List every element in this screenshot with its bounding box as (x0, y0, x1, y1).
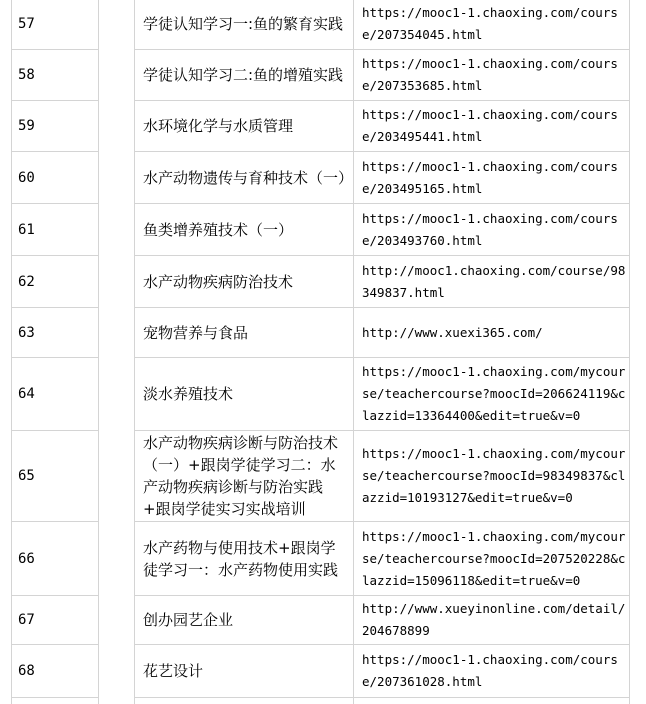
row-number: 57 (18, 16, 98, 32)
row-number: 66 (18, 551, 98, 567)
table-row: 59 水环境化学与水质管理 https://mooc1-1.chaoxing.c… (11, 101, 630, 152)
table-row: 64 淡水养殖技术 https://mooc1-1.chaoxing.com/m… (11, 358, 630, 431)
row-number-cell: 60 (11, 152, 98, 204)
course-name-cell: 鱼类增养殖技术（一） (135, 204, 353, 256)
course-name: 学徒认知学习二:鱼的增殖实践 (143, 64, 349, 86)
row-number-cell: 67 (11, 596, 98, 645)
row-number: 65 (18, 468, 98, 484)
course-url-cell: https://mooc1-1.chaoxing.com/mycourse/te… (353, 358, 630, 431)
table-row: 65 水产动物疾病诊断与防治技术（一）+跟岗学徒学习二：水产动物疾病诊断与防治实… (11, 431, 630, 522)
spacer-cell (98, 256, 135, 308)
spacer-cell (98, 204, 135, 256)
row-number: 58 (18, 67, 98, 83)
course-name-cell: 花艺设计 (135, 645, 353, 698)
course-name: 水产动物疾病诊断与防治技术（一）+跟岗学徒学习二：水产动物疾病诊断与防治实践+跟… (143, 432, 349, 520)
row-number-cell: 59 (11, 101, 98, 152)
table-row: 63 宠物营养与食品 http://www.xuexi365.com/ (11, 308, 630, 358)
course-url-cell: http://www.xuexi365.com/ (353, 308, 630, 358)
course-name: 学徒认知学习一:鱼的繁育实践 (143, 13, 349, 35)
course-name-cell: 创办园艺企业 (135, 596, 353, 645)
table-row: 57 学徒认知学习一:鱼的繁育实践 https://mooc1-1.chaoxi… (11, 0, 630, 50)
row-number-cell: 65 (11, 431, 98, 522)
table-row: 58 学徒认知学习二:鱼的增殖实践 https://mooc1-1.chaoxi… (11, 50, 630, 101)
row-number-cell: 58 (11, 50, 98, 101)
course-name-cell (135, 698, 353, 704)
course-name: 花艺设计 (143, 660, 349, 682)
course-name: 创办园艺企业 (143, 609, 349, 631)
table-row-clipped (11, 698, 630, 704)
course-url-cell: https://mooc1-1.chaoxing.com/course/2073… (353, 645, 630, 698)
course-name: 水产药物与使用技术+跟岗学徒学习一：水产药物使用实践 (143, 537, 349, 581)
course-url-cell: https://mooc1-1.chaoxing.com/course/2034… (353, 152, 630, 204)
course-name-cell: 水产药物与使用技术+跟岗学徒学习一：水产药物使用实践 (135, 522, 353, 596)
course-url: https://mooc1-1.chaoxing.com/mycourse/te… (362, 526, 627, 592)
course-url: https://mooc1-1.chaoxing.com/course/2073… (362, 649, 627, 693)
row-number: 61 (18, 222, 98, 238)
spacer-cell (98, 0, 135, 50)
spacer-cell (98, 698, 135, 704)
course-name: 鱼类增养殖技术（一） (143, 219, 349, 241)
spacer-cell (98, 596, 135, 645)
course-url-cell: https://mooc1-1.chaoxing.com/course/2073… (353, 50, 630, 101)
course-url-cell: https://mooc1-1.chaoxing.com/course/2073… (353, 0, 630, 50)
row-number-cell: 61 (11, 204, 98, 256)
spacer-cell (98, 358, 135, 431)
course-url: http://www.xuexi365.com/ (362, 322, 627, 344)
row-number-cell (11, 698, 98, 704)
row-number: 64 (18, 386, 98, 402)
row-number-cell: 68 (11, 645, 98, 698)
course-name-cell: 淡水养殖技术 (135, 358, 353, 431)
row-number: 62 (18, 274, 98, 290)
course-url: https://mooc1-1.chaoxing.com/course/2034… (362, 104, 627, 148)
course-url: https://mooc1-1.chaoxing.com/course/2034… (362, 208, 627, 252)
table-row: 61 鱼类增养殖技术（一） https://mooc1-1.chaoxing.c… (11, 204, 630, 256)
course-url: https://mooc1-1.chaoxing.com/course/2073… (362, 53, 627, 97)
row-number: 68 (18, 663, 98, 679)
course-name-cell: 水产动物遗传与育种技术（一） (135, 152, 353, 204)
course-name-cell: 学徒认知学习一:鱼的繁育实践 (135, 0, 353, 50)
course-url: https://mooc1-1.chaoxing.com/course/2034… (362, 156, 627, 200)
course-url-cell (353, 698, 630, 704)
table-row: 62 水产动物疾病防治技术 http://mooc1.chaoxing.com/… (11, 256, 630, 308)
course-url-cell: http://mooc1.chaoxing.com/course/9834983… (353, 256, 630, 308)
course-name-cell: 水环境化学与水质管理 (135, 101, 353, 152)
course-url: https://mooc1-1.chaoxing.com/mycourse/te… (362, 443, 627, 509)
course-name-cell: 宠物营养与食品 (135, 308, 353, 358)
course-url-cell: https://mooc1-1.chaoxing.com/course/2034… (353, 101, 630, 152)
course-name-cell: 水产动物疾病防治技术 (135, 256, 353, 308)
row-number-cell: 62 (11, 256, 98, 308)
course-url: http://mooc1.chaoxing.com/course/9834983… (362, 260, 627, 304)
table-row: 66 水产药物与使用技术+跟岗学徒学习一：水产药物使用实践 https://mo… (11, 522, 630, 596)
course-name: 水产动物遗传与育种技术（一） (143, 167, 349, 189)
spacer-cell (98, 101, 135, 152)
spacer-cell (98, 50, 135, 101)
course-name-cell: 水产动物疾病诊断与防治技术（一）+跟岗学徒学习二：水产动物疾病诊断与防治实践+跟… (135, 431, 353, 522)
course-name: 水产动物疾病防治技术 (143, 271, 349, 293)
spacer-cell (98, 522, 135, 596)
row-number: 59 (18, 118, 98, 134)
row-number-cell: 63 (11, 308, 98, 358)
course-name: 水环境化学与水质管理 (143, 115, 349, 137)
course-url-cell: https://mooc1-1.chaoxing.com/mycourse/te… (353, 522, 630, 596)
course-url-cell: https://mooc1-1.chaoxing.com/course/2034… (353, 204, 630, 256)
spacer-cell (98, 431, 135, 522)
spacer-cell (98, 308, 135, 358)
spacer-cell (98, 645, 135, 698)
row-number: 60 (18, 170, 98, 186)
row-number-cell: 66 (11, 522, 98, 596)
course-url: https://mooc1-1.chaoxing.com/mycourse/te… (362, 361, 627, 427)
table-row: 68 花艺设计 https://mooc1-1.chaoxing.com/cou… (11, 645, 630, 698)
course-url: https://mooc1-1.chaoxing.com/course/2073… (362, 2, 627, 46)
course-name: 宠物营养与食品 (143, 322, 349, 344)
table-row: 60 水产动物遗传与育种技术（一） https://mooc1-1.chaoxi… (11, 152, 630, 204)
course-url-cell: https://mooc1-1.chaoxing.com/mycourse/te… (353, 431, 630, 522)
spacer-cell (98, 152, 135, 204)
course-name: 淡水养殖技术 (143, 383, 349, 405)
course-name-cell: 学徒认知学习二:鱼的增殖实践 (135, 50, 353, 101)
table-row: 67 创办园艺企业 http://www.xueyinonline.com/de… (11, 596, 630, 645)
row-number: 67 (18, 612, 98, 628)
course-url: http://www.xueyinonline.com/detail/20467… (362, 598, 627, 642)
course-url-table: 57 学徒认知学习一:鱼的繁育实践 https://mooc1-1.chaoxi… (11, 0, 630, 704)
row-number: 63 (18, 325, 98, 341)
row-number-cell: 57 (11, 0, 98, 50)
course-url-cell: http://www.xueyinonline.com/detail/20467… (353, 596, 630, 645)
page: 57 学徒认知学习一:鱼的繁育实践 https://mooc1-1.chaoxi… (0, 0, 646, 704)
row-number-cell: 64 (11, 358, 98, 431)
